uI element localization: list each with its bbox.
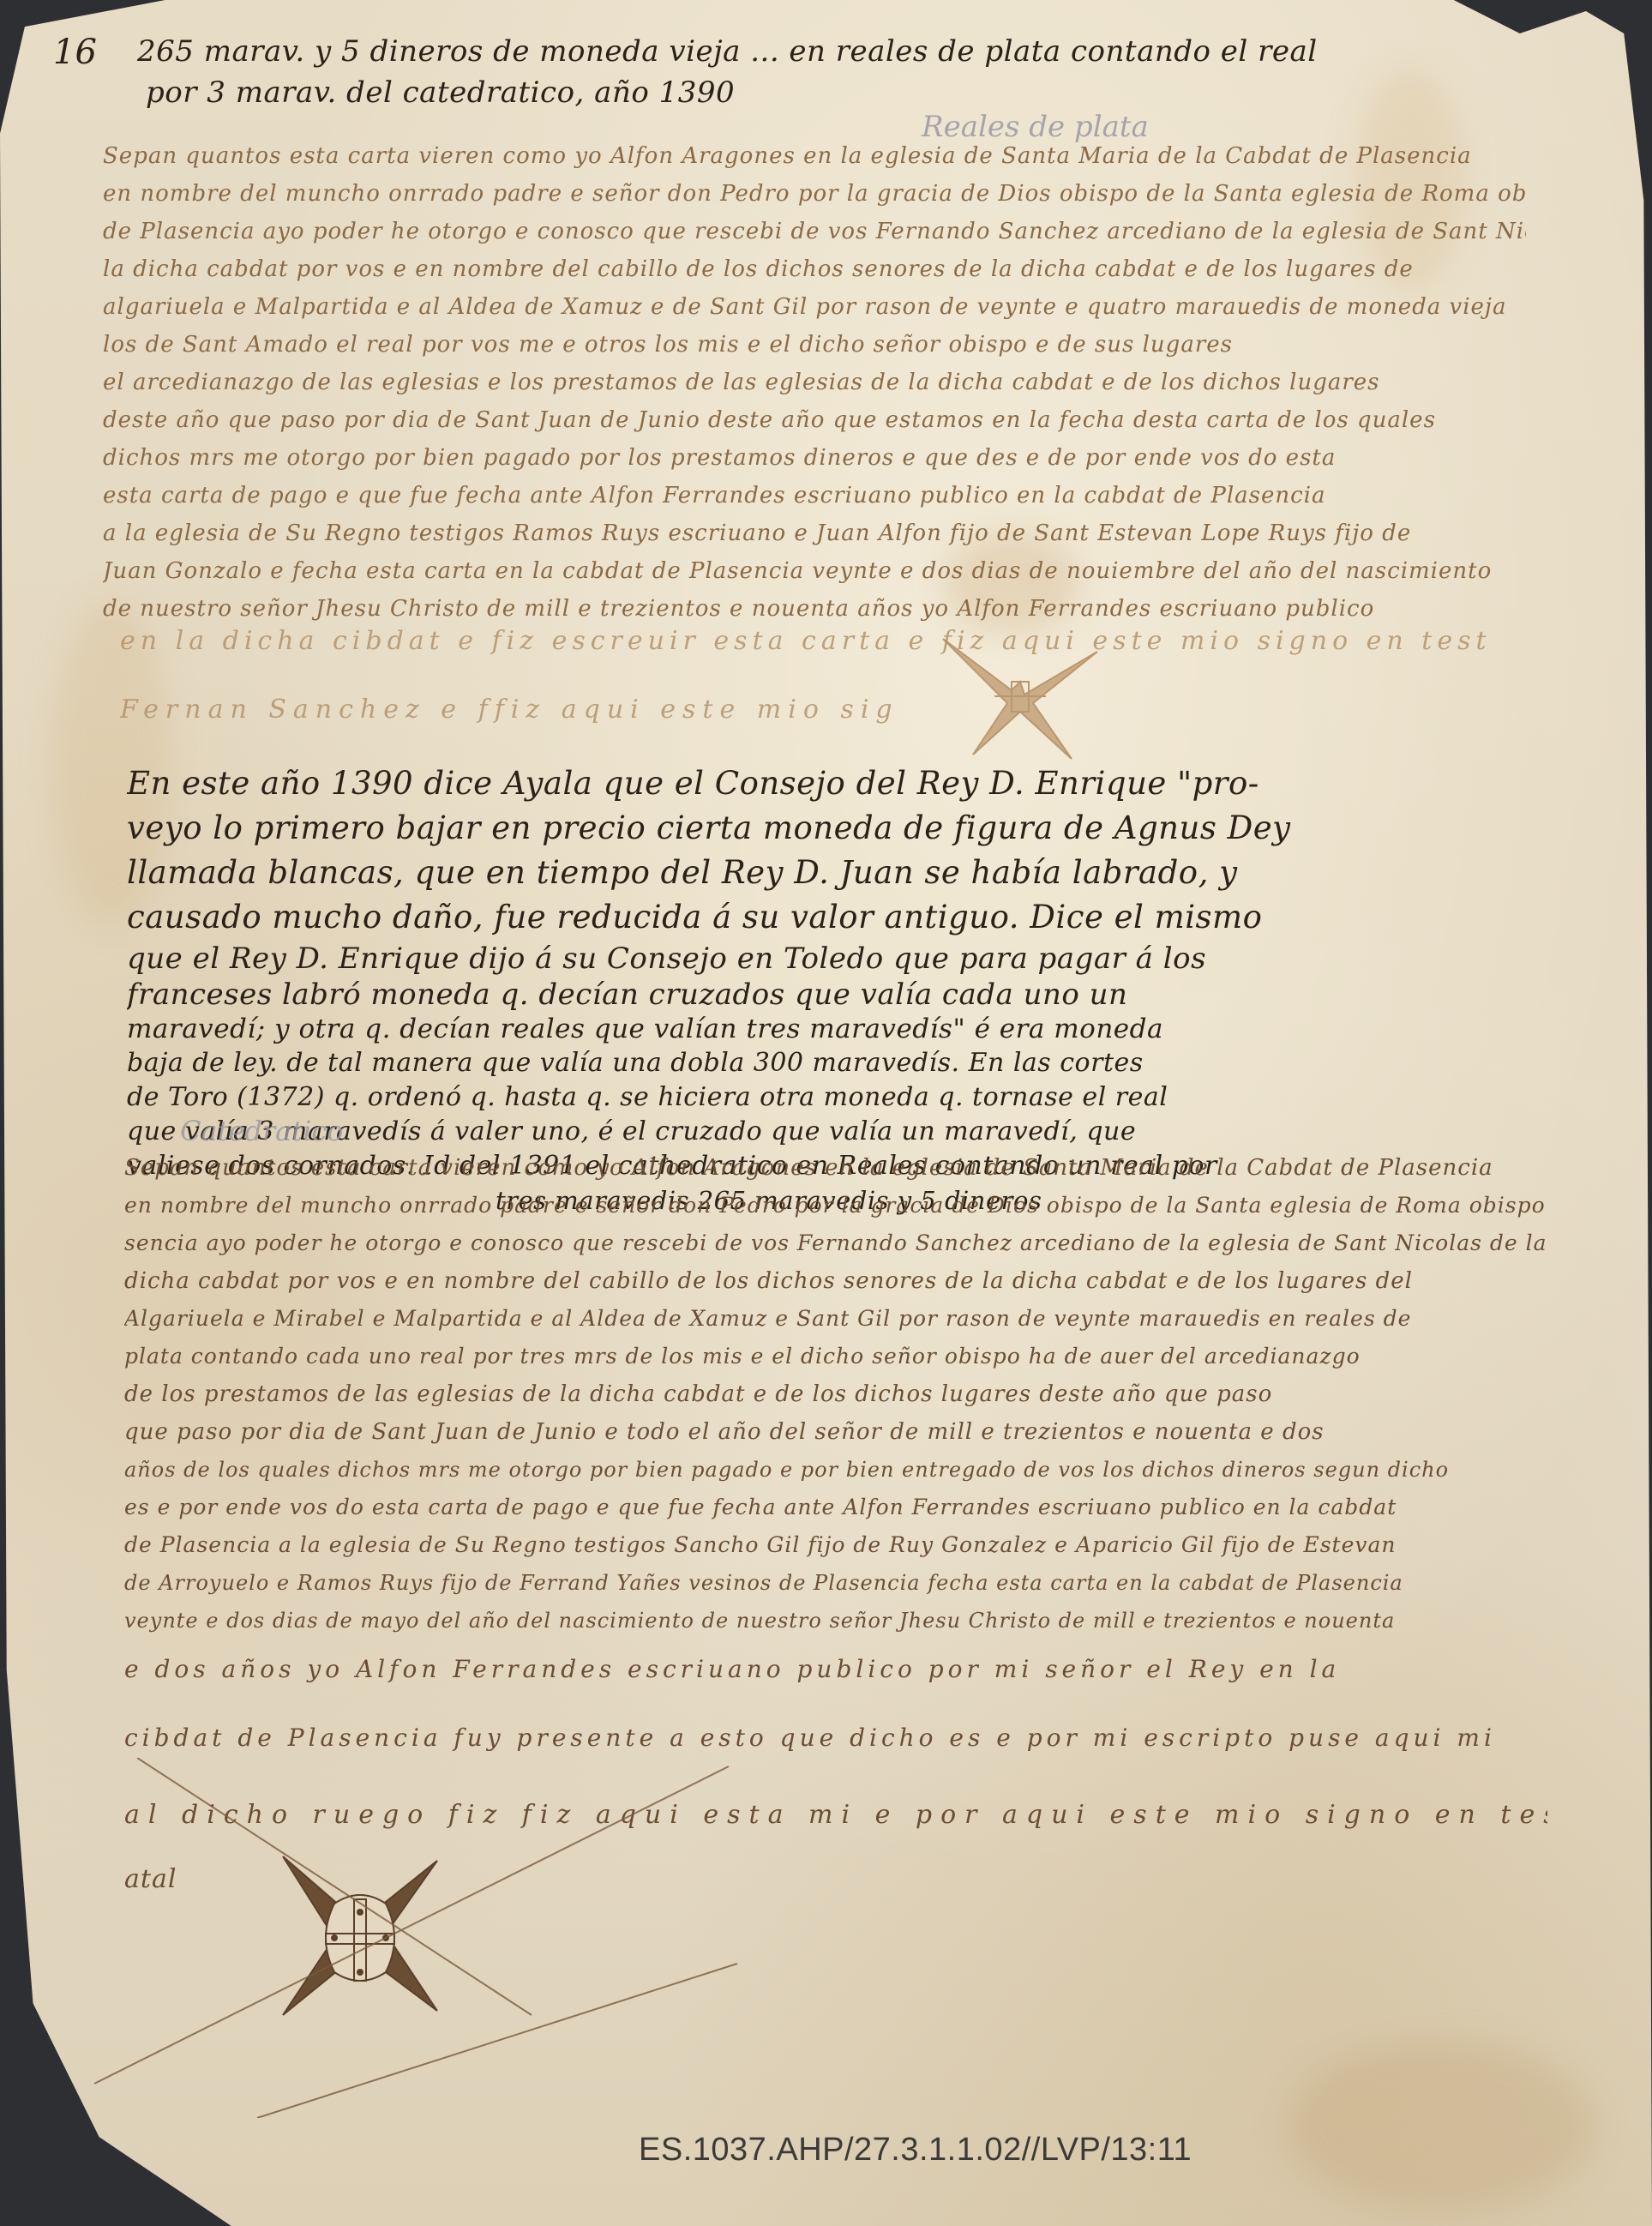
medieval-line: Juan Gonzalo e fecha esta carta en la ca… bbox=[103, 552, 1526, 590]
stain bbox=[1286, 2041, 1595, 2212]
medieval-line: Sepan quantos esta carta vieren como yo … bbox=[103, 137, 1526, 175]
faded-subscription-line-1: en la dicha cibdat e fiz escreuir esta c… bbox=[120, 626, 1492, 656]
medieval-text-block-1: Sepan quantos esta carta vieren como yo … bbox=[103, 137, 1526, 628]
medieval-line: el arcedianazgo de las eglesias e los pr… bbox=[103, 364, 1526, 401]
transcription-line: maravedí; y otra q. decían reales que va… bbox=[127, 1012, 1619, 1046]
medieval-line: de Plasencia a la eglesia de Su Regno te… bbox=[124, 1526, 1547, 1564]
medieval-line: los de Sant Amado el real por vos me e o… bbox=[103, 326, 1526, 364]
medieval-line: e dos años yo Alfon Ferrandes escriuano … bbox=[124, 1639, 1547, 1700]
medieval-line: de Plasencia ayo poder he otorgo e conos… bbox=[103, 213, 1526, 250]
transcription-line: baja de ley. de tal manera que valía una… bbox=[127, 1046, 1619, 1080]
transcription-line: de Toro (1372) q. ordenó q. hasta q. se … bbox=[127, 1080, 1619, 1115]
folio-number: 16 bbox=[53, 33, 97, 72]
medieval-line: veynte e dos dias de mayo del año del na… bbox=[124, 1602, 1547, 1639]
medieval-line: dicha cabdat por vos e en nombre del cab… bbox=[124, 1262, 1547, 1300]
transcription-line: que el Rey D. Enrique dijo á su Consejo … bbox=[127, 940, 1619, 978]
transcription-line: veyo lo primero bajar en precio cierta m… bbox=[127, 806, 1619, 851]
upper-notarial-sign-icon bbox=[934, 635, 1106, 763]
medieval-line: sencia ayo poder he otorgo e conosco que… bbox=[124, 1224, 1547, 1262]
medieval-line: deste año que paso por dia de Sant Juan … bbox=[103, 401, 1526, 439]
transcription-line: llamada blancas, que en tiempo del Rey D… bbox=[127, 851, 1619, 895]
medieval-line: en nombre del muncho onrrado padre e señ… bbox=[124, 1187, 1547, 1224]
medieval-line: que paso por dia de Sant Juan de Junio e… bbox=[124, 1413, 1547, 1451]
medieval-line: a la eglesia de Su Regno testigos Ramos … bbox=[103, 514, 1526, 552]
medieval-line: esta carta de pago e que fue fecha ante … bbox=[103, 477, 1526, 514]
medieval-line: la dicha cabdat por vos e en nombre del … bbox=[103, 250, 1526, 288]
faded-subscription-line-2: Fernan Sanchez e ffiz aqui este mio sign… bbox=[120, 695, 892, 725]
transcription-line: franceses labró moneda q. decían cruzado… bbox=[127, 978, 1619, 1012]
medieval-line: Algariuela e Mirabel e Malpartida e al A… bbox=[124, 1300, 1547, 1338]
manuscript-page: 16 265 marav. y 5 dineros de moneda viej… bbox=[0, 0, 1652, 2226]
medieval-line: de nuestro señor Jhesu Christo de mill e… bbox=[103, 590, 1526, 628]
medieval-line: de los prestamos de las eglesias de la d… bbox=[124, 1375, 1547, 1413]
medieval-line: años de los quales dichos mrs me otorgo … bbox=[124, 1451, 1547, 1489]
archive-reference: ES.1037.AHP/27.3.1.1.02//LVP/13:11 bbox=[639, 2132, 1192, 2169]
header-note-line-1: 265 marav. y 5 dineros de moneda vieja .… bbox=[137, 34, 1318, 69]
medieval-line: dichos mrs me otorgo por bien pagado por… bbox=[103, 439, 1526, 477]
transcription-line: que valía 3 maravedís á valer uno, é el … bbox=[127, 1115, 1619, 1149]
medieval-line: es e por ende vos do esta carta de pago … bbox=[124, 1489, 1547, 1526]
medieval-line: en nombre del muncho onrrado padre e señ… bbox=[103, 175, 1526, 213]
pencil-note-middle: Catedratico bbox=[180, 1115, 344, 1147]
medieval-line: de Arroyuelo e Ramos Ruys fijo de Ferran… bbox=[124, 1564, 1547, 1602]
medieval-line: Sepan quantos esta carta vieren como yo … bbox=[124, 1149, 1547, 1187]
transcription-line: causado mucho daño, fue reducida á su va… bbox=[127, 895, 1619, 940]
signature-flourish-lines bbox=[86, 1758, 1286, 2118]
header-note-line-2: por 3 marav. del catedratico, año 1390 bbox=[146, 75, 735, 110]
medieval-line: plata contando cada uno real por tres mr… bbox=[124, 1338, 1547, 1375]
medieval-line: algariuela e Malpartida e al Aldea de Xa… bbox=[103, 288, 1526, 326]
transcription-line: En este año 1390 dice Ayala que el Conse… bbox=[127, 761, 1619, 806]
